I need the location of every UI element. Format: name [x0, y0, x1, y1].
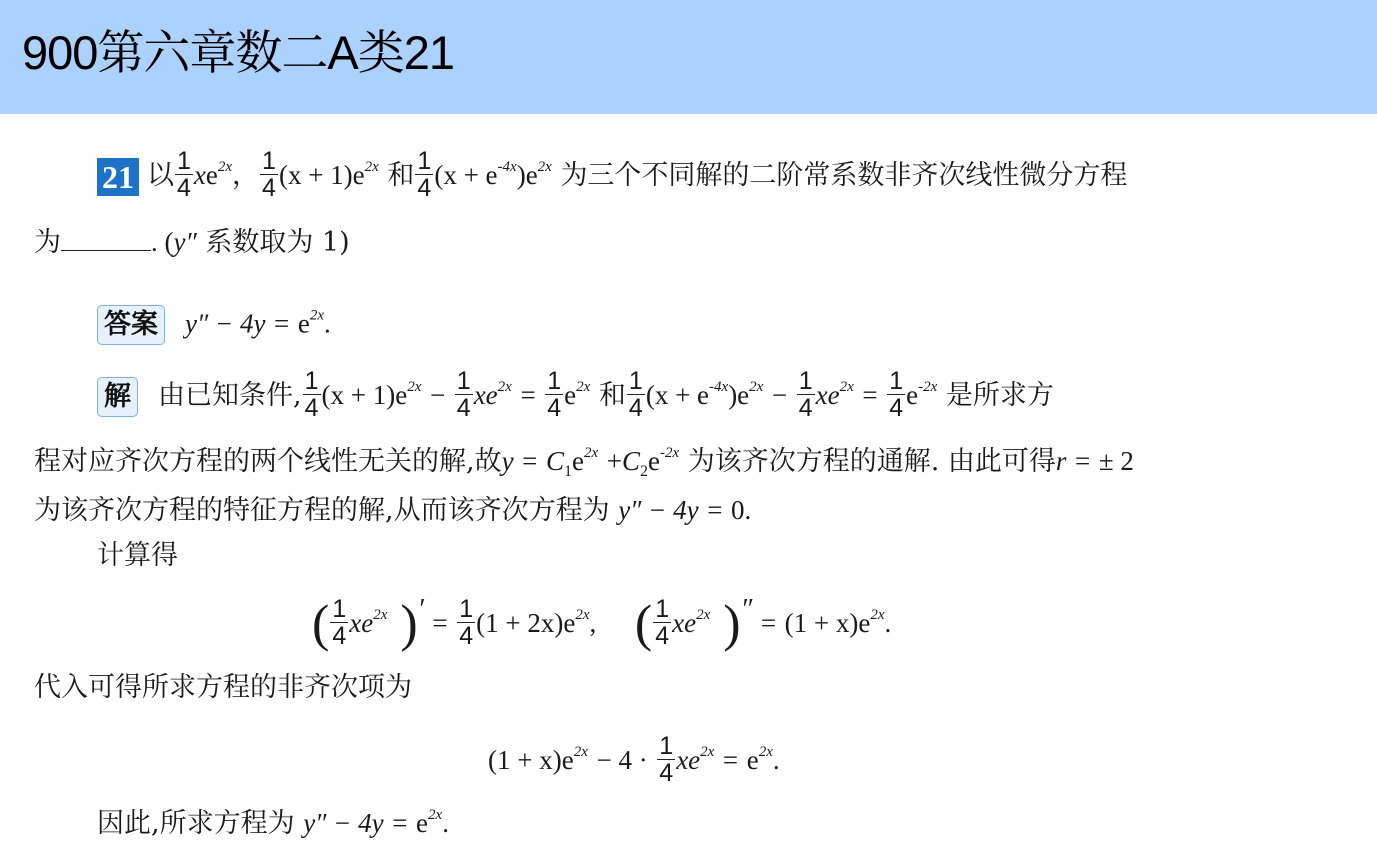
fraction: 14	[545, 368, 563, 421]
fraction: 14	[415, 148, 433, 201]
math: C	[622, 446, 640, 476]
math: r	[1056, 446, 1067, 476]
fraction: 14	[797, 368, 815, 421]
math: y″ − 4y	[303, 808, 383, 838]
exponent: -2x	[660, 445, 679, 461]
exponent: 2x	[373, 607, 387, 623]
math: =	[1075, 446, 1090, 476]
math: (1 + x)e	[785, 608, 871, 638]
math: e	[906, 380, 918, 410]
math: (x + 1)	[279, 160, 353, 190]
text: 为该齐次方程的特征方程的解,从而该齐次方程为	[34, 495, 610, 526]
math: (	[635, 596, 652, 653]
math: (x + e	[646, 380, 709, 410]
math: − 4 ·	[596, 745, 647, 775]
subscript: 2	[640, 463, 648, 480]
math: (x + 1)e	[322, 380, 408, 410]
text: 为该齐次方程的通解. 由此可得	[688, 446, 1056, 477]
math: 0.	[731, 495, 751, 525]
answer-blank	[61, 224, 151, 251]
exponent: 2x	[365, 159, 379, 175]
text: 由已知条件,	[158, 380, 302, 411]
text: 因此,所求方程为	[97, 808, 295, 839]
math: y″	[174, 227, 197, 257]
exponent: 2x	[749, 379, 763, 395]
math: e	[572, 446, 584, 476]
subscript: 1	[564, 463, 572, 480]
solution-label-badge: 解	[97, 377, 138, 417]
conclusion-line: 因此,所求方程为 y″ − 4y = e2x.	[97, 805, 449, 842]
exponent: 2x	[428, 807, 442, 823]
text: 代入可得所求方程的非齐次项为	[34, 672, 412, 703]
math: .	[442, 808, 449, 838]
math: )	[387, 596, 417, 653]
text: . (	[151, 227, 174, 257]
math: =	[274, 309, 289, 339]
substitution-equation: (1 + x)e2x − 4 · 14xe2x = e2x.	[488, 735, 780, 788]
exponent: 2x	[584, 445, 598, 461]
text: ，	[232, 160, 259, 191]
exponent: 2x	[574, 744, 588, 760]
math: y	[502, 446, 514, 476]
exponent: -4x	[498, 159, 517, 175]
math: )	[517, 160, 526, 190]
derivative-equations: (14xe2x )′ = 14(1 + 2x)e2x, (14xe2x )″ =…	[312, 598, 891, 651]
exponent: 2x	[575, 607, 589, 623]
math: xe	[676, 745, 700, 775]
exponent: 2x	[218, 159, 232, 175]
text: 为三个不同解的二阶常系数非齐次线性微分方程	[560, 160, 1127, 191]
text: 为	[34, 227, 61, 258]
problem-number-badge: 21	[97, 158, 139, 196]
math: y″ − 4y	[618, 495, 698, 525]
math: .	[773, 745, 780, 775]
exponent: -2x	[918, 379, 937, 395]
exponent: 2x	[759, 744, 773, 760]
fraction: 14	[457, 596, 475, 649]
solution-line-3: 为该齐次方程的特征方程的解,从而该齐次方程为 y″ − 4y = 0.	[34, 492, 751, 529]
math: (	[312, 596, 329, 653]
solution-line-5: 代入可得所求方程的非齐次项为	[34, 670, 412, 706]
exponent: -4x	[709, 379, 728, 395]
math: =	[520, 380, 535, 410]
math: .	[885, 608, 892, 638]
fraction: 14	[455, 368, 473, 421]
exponent: 2x	[696, 607, 710, 623]
math: =	[761, 608, 776, 638]
math: e	[298, 309, 310, 339]
math: e	[747, 745, 759, 775]
math: =	[862, 380, 877, 410]
math: =	[723, 745, 738, 775]
math: e	[353, 160, 365, 190]
math: =	[707, 495, 722, 525]
title-banner: 900第六章数二A类21	[0, 0, 1377, 114]
exponent: 2x	[498, 379, 512, 395]
math: =	[432, 608, 447, 638]
math: e	[416, 808, 428, 838]
math: (1 + 2x)e	[476, 608, 575, 638]
exponent: 2x	[576, 379, 590, 395]
fraction: 14	[260, 148, 278, 201]
exponent: 2x	[538, 159, 552, 175]
problem-statement-line-1: 21以14xe2x，14(x + 1)e2x 和14(x + e-4x)e2x …	[97, 150, 1127, 203]
fraction: 14	[303, 368, 321, 421]
exponent: 2x	[407, 379, 421, 395]
math: (1 + x)e	[488, 745, 574, 775]
text: 程对应齐次方程的两个线性无关的解,故	[34, 446, 502, 477]
text: 以	[147, 160, 174, 191]
math: =	[392, 808, 407, 838]
solution-line-1: 解由已知条件,14(x + 1)e2x − 14xe2x = 14e2x 和14…	[97, 370, 1054, 423]
solution-line-4: 计算得	[97, 538, 178, 574]
answer-line: 答案y″ − 4y = e2x.	[97, 305, 331, 345]
math: +	[607, 446, 622, 476]
fraction: 14	[657, 733, 675, 786]
fraction: 14	[330, 596, 348, 649]
math: (x + e	[434, 160, 497, 190]
math: .	[324, 309, 331, 339]
math: )	[710, 596, 740, 653]
math: xe	[474, 380, 498, 410]
problem-statement-line-2: 为. (y″ 系数取为 1)	[34, 224, 350, 261]
math: x	[194, 160, 206, 190]
page-title: 900第六章数二A类21	[22, 22, 454, 84]
fraction: 14	[653, 596, 671, 649]
text: 是所求方	[946, 380, 1054, 411]
math: e	[526, 160, 538, 190]
math: xe	[349, 608, 373, 638]
solution-line-2: 程对应齐次方程的两个线性无关的解,故y = C1e2x +C2e-2x 为该齐次…	[34, 443, 1134, 480]
fraction: 14	[627, 368, 645, 421]
math: xe	[816, 380, 840, 410]
fraction: 14	[887, 368, 905, 421]
math: xe	[672, 608, 696, 638]
exponent: 2x	[840, 379, 854, 395]
text: 和	[387, 160, 414, 191]
math: −	[430, 380, 445, 410]
math: −	[772, 380, 787, 410]
math: y″ − 4y	[185, 309, 265, 339]
text: 系数取为 1)	[197, 227, 350, 258]
math: )e	[728, 380, 749, 410]
math: e	[206, 160, 218, 190]
math: C	[546, 446, 564, 476]
text: 和	[599, 380, 626, 411]
exponent: 2x	[870, 607, 884, 623]
math: e	[648, 446, 660, 476]
exponent: 2x	[310, 308, 324, 324]
math: ,	[590, 608, 597, 638]
math: ′	[418, 594, 424, 625]
exponent: 2x	[700, 744, 714, 760]
answer-label-badge: 答案	[97, 305, 165, 345]
math: ″	[741, 594, 753, 625]
math: ± 2	[1099, 446, 1134, 476]
text: 计算得	[97, 540, 178, 571]
fraction: 14	[175, 148, 193, 201]
math: e	[564, 380, 576, 410]
math: =	[522, 446, 537, 476]
